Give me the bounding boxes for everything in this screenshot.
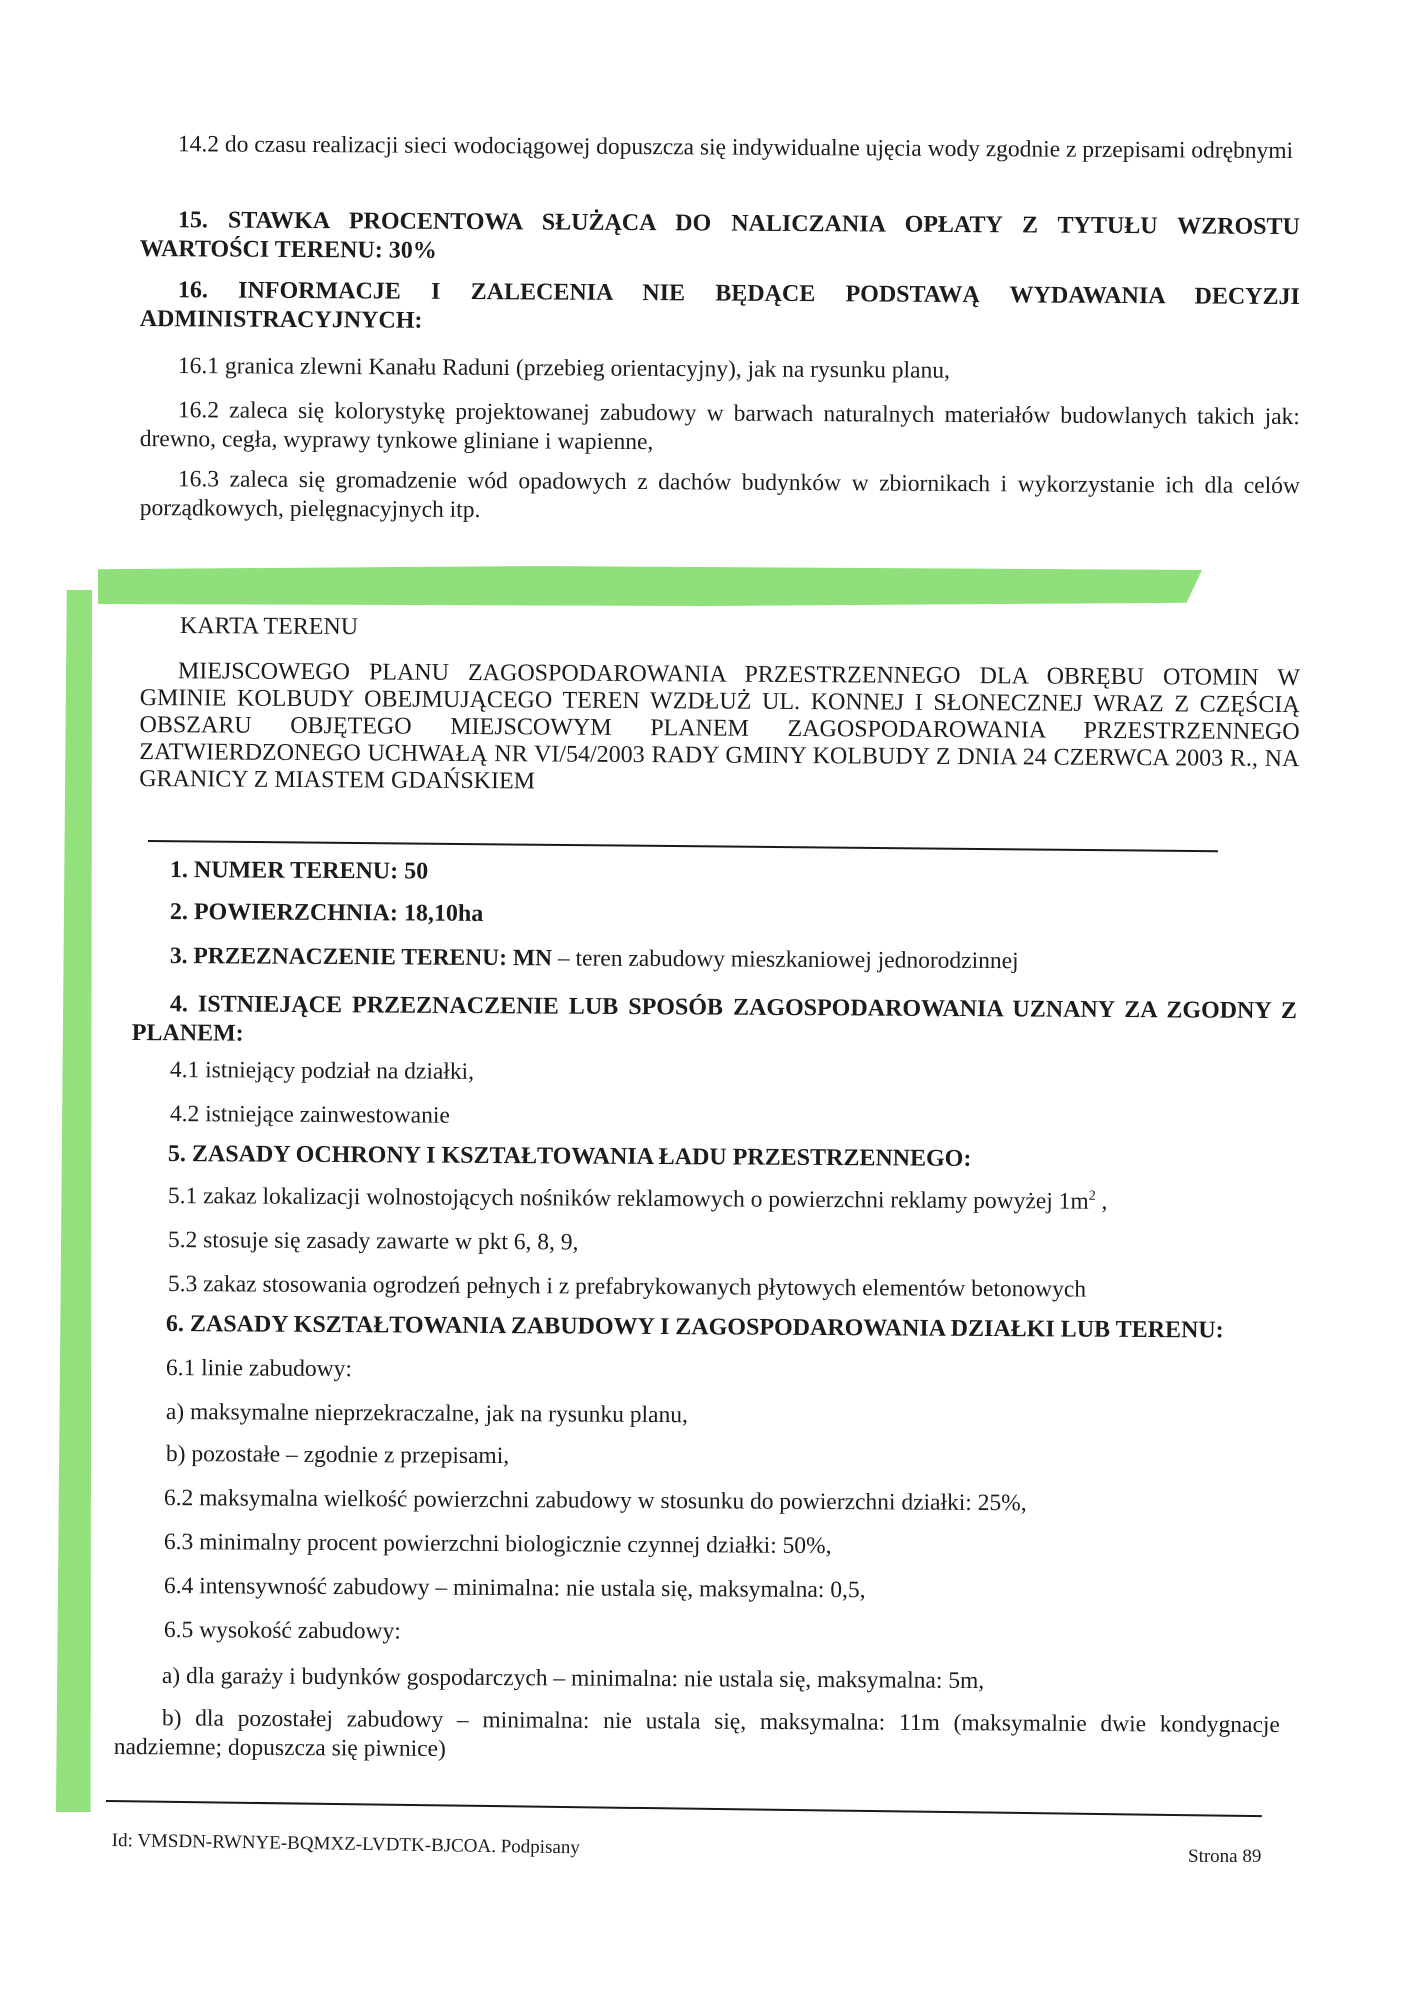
karta-subtitle: MIEJSCOWEGO PLANU ZAGOSPODAROWANIA PRZES… <box>139 658 1300 800</box>
item-6-2: 6.2 maksymalna wielkość powierzchni zabu… <box>164 1484 1027 1518</box>
item-5-1: 5.1 zakaz lokalizacji wolnostojących noś… <box>168 1182 1108 1217</box>
heading-16: 16. INFORMACJE I ZALECENIA NIE BĘDĄCE PO… <box>140 276 1300 341</box>
item-6-3: 6.3 minimalny procent powierzchni biolog… <box>164 1528 832 1561</box>
section-3-label: 3. PRZEZNACZENIE TERENU: MN <box>170 943 552 971</box>
item-6-1: 6.1 linie zabudowy: <box>166 1354 352 1384</box>
item-6-4: 6.4 intensywność zabudowy – minimalna: n… <box>164 1572 866 1605</box>
paragraph-16-3: 16.3 zaleca się gromadzenie wód opadowyc… <box>140 465 1300 530</box>
item-4-1: 4.1 istniejący podział na działki, <box>170 1056 474 1087</box>
karta-title: KARTA TERENU <box>180 612 358 642</box>
item-6-5-b: b) dla pozostałej zabudowy – minimalna: … <box>114 1704 1280 1769</box>
section-1-numer-terenu: 1. NUMER TERENU: 50 <box>170 856 428 887</box>
item-6-5-a: a) dla garaży i budynków gospodarczych –… <box>162 1662 984 1696</box>
section-3-przeznaczenie: 3. PRZEZNACZENIE TERENU: MN – teren zabu… <box>170 942 1019 976</box>
item-5-1-text: 5.1 zakaz lokalizacji wolnostojących noś… <box>168 1183 1089 1215</box>
highlight-marker-left <box>56 590 92 1812</box>
document-page: 14.2 do czasu realizacji sieci wodociągo… <box>0 0 1415 2000</box>
section-2-powierzchnia: 2. POWIERZCHNIA: 18,10ha <box>170 898 484 929</box>
item-5-3: 5.3 zakaz stosowania ogrodzeń pełnych i … <box>168 1270 1086 1305</box>
paragraph-16-1: 16.1 granica zlewni Kanału Raduni (przeb… <box>178 352 950 386</box>
item-6-5: 6.5 wysokość zabudowy: <box>164 1616 401 1646</box>
paragraph-16-2: 16.2 zaleca się kolorystykę projektowane… <box>140 396 1300 461</box>
section-5-heading: 5. ZASADY OCHRONY I KSZTAŁTOWANIA ŁADU P… <box>168 1140 972 1174</box>
item-4-2: 4.2 istniejące zainwestowanie <box>170 1100 450 1131</box>
paragraph-14-2: 14.2 do czasu realizacji sieci wodociągo… <box>140 130 1300 166</box>
footer-document-id: Id: VMSDN-RWNYE-BQMXZ-LVDTK-BJCOA. Podpi… <box>112 1826 581 1862</box>
item-6-1-a: a) maksymalne nieprzekraczalne, jak na r… <box>166 1398 688 1430</box>
item-5-1-end: , <box>1096 1189 1108 1215</box>
item-6-1-b: b) pozostałe – zgodnie z przepisami, <box>166 1440 509 1471</box>
highlight-marker-top <box>98 566 1202 606</box>
footer-rule <box>106 1800 1262 1817</box>
footer-page-number: Strona 89 <box>1188 1842 1261 1871</box>
section-4-heading: 4. ISTNIEJĄCE PRZEZNACZENIE LUB SPOSÓB Z… <box>132 990 1297 1055</box>
heading-15: 15. STAWKA PROCENTOWA SŁUŻĄCA DO NALICZA… <box>140 206 1300 271</box>
item-5-2: 5.2 stosuje się zasady zawarte w pkt 6, … <box>168 1226 579 1258</box>
section-6-heading: 6. ZASADY KSZTAŁTOWANIA ZABUDOWY I ZAGOS… <box>166 1310 1224 1345</box>
separator-line <box>148 840 1218 852</box>
section-3-text: – teren zabudowy mieszkaniowej jednorodz… <box>552 945 1019 974</box>
